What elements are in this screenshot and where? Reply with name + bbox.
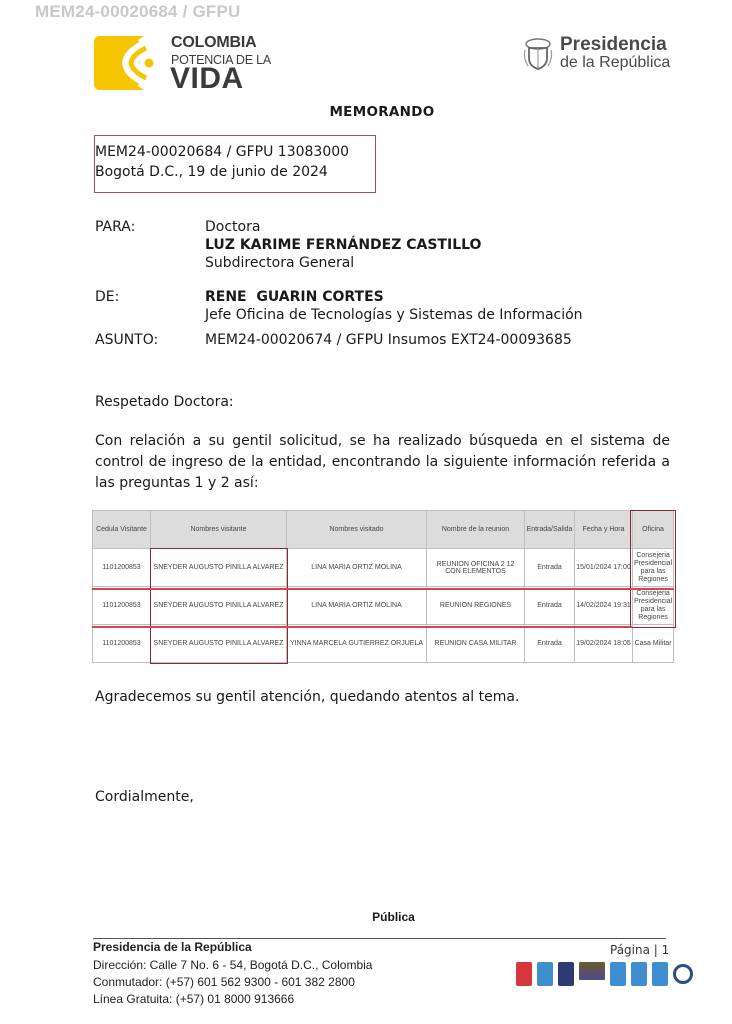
office-highlight-box xyxy=(630,510,676,628)
para-title: Doctora xyxy=(205,219,260,235)
visitor-name-highlight-box xyxy=(150,548,288,664)
table-header-row: Cedula Visitante Nombres visitante Nombr… xyxy=(93,511,674,549)
logo-text-vida: VIDA xyxy=(170,62,244,96)
asunto-label: ASUNTO: xyxy=(95,332,158,348)
para-role: Subdirectora General xyxy=(205,255,354,271)
body-paragraph: Con relación a su gentil solicitud, se h… xyxy=(95,431,670,494)
memo-reference-number: MEM24-00020684 / GFPU 13083000 xyxy=(95,144,349,160)
footer-entity: Presidencia de la República xyxy=(93,940,252,954)
certification-badge-icon xyxy=(537,962,553,986)
document-title: MEMORANDO xyxy=(0,104,732,120)
certification-badges xyxy=(516,962,693,986)
asunto-value: MEM24-00020674 / GFPU Insumos EXT24-0009… xyxy=(205,332,572,348)
page-number: Página | 1 xyxy=(610,943,669,957)
certification-badge-icon xyxy=(610,962,626,986)
thanks-paragraph: Agradecemos su gentil atención, quedando… xyxy=(95,689,519,705)
cell-entry-exit: Entrada xyxy=(525,587,575,625)
cell-office: Casa Militar xyxy=(633,625,674,663)
cell-entry-exit: Entrada xyxy=(525,549,575,587)
greeting: Respetado Doctora: xyxy=(95,392,670,413)
certification-badge-icon xyxy=(652,962,668,986)
cell-meeting-name: REUNION OFICINA 2 12 CON ELEMENTOS xyxy=(427,549,525,587)
certification-badge-icon xyxy=(558,962,574,986)
cell-visited-name: YINNA MARCELA GUTIERREZ ORJUELA xyxy=(287,625,427,663)
certification-logo-icon xyxy=(579,962,605,980)
wifi-signal-logo-icon xyxy=(94,36,156,90)
certification-badge-icon xyxy=(631,962,647,986)
row-highlight-line xyxy=(92,588,674,590)
para-label: PARA: xyxy=(95,219,135,235)
cell-visited-name: LINA MARIA ORTIZ MOLINA xyxy=(287,549,427,587)
coat-of-arms-icon xyxy=(522,36,554,72)
cell-visited-name: LINA MARIA ORTIZ MOLINA xyxy=(287,587,427,625)
column-header: Nombres visitado xyxy=(287,511,427,549)
de-name: RENE GUARIN CORTES xyxy=(205,289,384,305)
colombia-potencia-de-la-vida-logo: COLOMBIA POTENCIA DE LA VIDA xyxy=(94,34,274,94)
logo-text-colombia: COLOMBIA xyxy=(171,34,257,52)
cell-datetime: 19/02/2024 18:05 xyxy=(575,625,633,663)
certification-badge-icon xyxy=(516,962,532,986)
memo-place-date: Bogotá D.C., 19 de junio de 2024 xyxy=(95,164,328,180)
closing: Cordialmente, xyxy=(95,789,194,805)
classification-label: Pública xyxy=(0,910,732,924)
column-header: Cedula Visitante xyxy=(93,511,151,549)
logo-text-republica: de la República xyxy=(560,54,670,72)
footer-toll-free: Línea Gratuita: (+57) 01 8000 913666 xyxy=(93,992,294,1006)
de-label: DE: xyxy=(95,289,119,305)
cell-cedula: 1101200853 xyxy=(93,587,151,625)
row-highlight-line xyxy=(92,626,632,628)
de-role: Jefe Oficina de Tecnologías y Sistemas d… xyxy=(205,307,583,323)
cell-datetime: 15/01/2024 17:00 xyxy=(575,549,633,587)
cell-meeting-name: REUNION REGIONES xyxy=(427,587,525,625)
footer-divider xyxy=(93,938,666,939)
presidencia-logo: Presidencia de la República xyxy=(522,36,682,76)
certification-ring-icon xyxy=(673,964,693,984)
column-header: Nombres visitante xyxy=(151,511,287,549)
footer-address: Dirección: Calle 7 No. 6 - 54, Bogotá D.… xyxy=(93,958,372,972)
column-header: Nombre de la reunion xyxy=(427,511,525,549)
cell-meeting-name: REUNION CASA MILITAR xyxy=(427,625,525,663)
cell-entry-exit: Entrada xyxy=(525,625,575,663)
column-header: Entrada/Salida xyxy=(525,511,575,549)
column-header: Fecha y Hora xyxy=(575,511,633,549)
footer-phone: Conmutador: (+57) 601 562 9300 - 601 382… xyxy=(93,975,355,989)
para-name: LUZ KARIME FERNÁNDEZ CASTILLO xyxy=(205,237,481,253)
logo-text-presidencia: Presidencia xyxy=(560,34,667,56)
cell-datetime: 14/02/2024 19:31 xyxy=(575,587,633,625)
watermark-reference: MEM24-00020684 / GFPU xyxy=(35,2,240,22)
cell-cedula: 1101200853 xyxy=(93,549,151,587)
cell-cedula: 1101200853 xyxy=(93,625,151,663)
